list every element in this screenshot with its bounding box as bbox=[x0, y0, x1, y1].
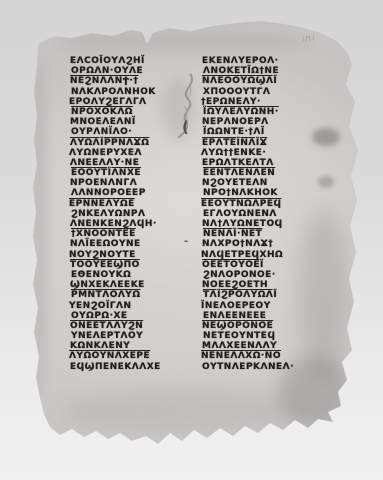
text-line: ΕΕΝΤΛΕΝΛΕΝ bbox=[203, 168, 331, 178]
text-line: ΕΛϹΟΪΟΥΛϨΗΪ bbox=[70, 56, 176, 66]
text-line: ΟΥΩΡΩ·ΧΕ bbox=[71, 311, 177, 321]
text-line: ΕΝΛΕΕΝΕΕΕ bbox=[203, 311, 331, 321]
text-line: ΪΩΩΝΤΕ·†ΛΪ bbox=[203, 127, 331, 137]
stain-bottom-margin bbox=[62, 388, 312, 434]
text-line: ϢΝΧΕΚΛΕΕΚΕ bbox=[70, 280, 176, 290]
parchment-leaf: ını ΕΛϹΟΪΟΥΛϨΗΪΟΡΩΛΝ·ΟΥΛΕΝΕϨΝΛΛΝϮ·†ΝΛΚΛΡ… bbox=[0, 0, 383, 480]
text-line: ΕΘΕΝΟΥΚΩ bbox=[71, 270, 177, 280]
text-line: ΛΥΩΟΥΝΛΧΕΡΕ bbox=[69, 351, 175, 361]
stain-left-edge bbox=[32, 60, 46, 400]
text-line: ΡΜΝΤΛΟΛΥΩ bbox=[71, 290, 177, 300]
text-line: ΕΡΟΛΥϨΕΓΛΓΛ bbox=[69, 97, 175, 107]
text-line: ΪΩΥΛΕΛΥΩΝΗ· bbox=[203, 107, 331, 117]
text-line: ΟΥΤΝΛΕΡΚΛΝΕΛ· bbox=[202, 362, 330, 372]
text-line: ΥΝΕΛΕΡΤΛΟΥ bbox=[71, 331, 177, 341]
text-line: ΛΝΕΕΛΛΥ·ΝΕ bbox=[70, 158, 176, 168]
text-line: ΝΡΟ†ΝΛΚΗΟΚ bbox=[203, 188, 331, 198]
text-line: ΛΝΕΝΚΕΝϨΛϤΗ· bbox=[70, 219, 176, 229]
text-line: ΤΛΪϨΡΟΛΥΩΛΪ bbox=[203, 290, 331, 300]
text-line: ΕΡΝΝΕΛΥΩΕ bbox=[69, 199, 175, 209]
text-line: ΝΛΧΡΟ†ΝΛϪ† bbox=[202, 239, 330, 249]
gutter-paragraph-dash: - bbox=[184, 236, 188, 247]
text-line: ΕΓΛΟΥΩΝΕΝΛ bbox=[203, 209, 331, 219]
text-line: †ΧΝΟΟΝΤΕΕ bbox=[71, 229, 177, 239]
text-line: ΝϨΟΥΕΤΕΛΝ bbox=[202, 178, 330, 188]
text-line: ΝΛΪΕΕΩΟΥΝΕ bbox=[70, 239, 176, 249]
text-line: ΕΟΟΥΤΪΛΝΧΕ bbox=[71, 168, 177, 178]
text-line: ΝΕΝΕΛΛΧΩ·ΝΟ bbox=[201, 351, 329, 361]
pencil-folio-mark: ını bbox=[301, 33, 316, 45]
text-line: ΟΥΡΛΝΪΛΟ· bbox=[71, 127, 177, 137]
text-line: ΪΝΕΛΟΕΡΕΟΥ bbox=[201, 301, 329, 311]
manuscript-photograph: ını ΕΛϹΟΪΟΥΛϨΗΪΟΡΩΛΝ·ΟΥΛΕΝΕϨΝΛΛΝϮ·†ΝΛΚΛΡ… bbox=[0, 0, 383, 480]
text-line: ΕΡΩΛΤΚΕΛΤΛ bbox=[202, 158, 330, 168]
text-line: ΝΟΕΕϨΟΕΤΗ bbox=[202, 280, 330, 290]
text-line: ΝΕϨΝΛΛΝϮ·† bbox=[70, 76, 176, 86]
text-line: ΜΝΟΕΛΕΛΝΪ bbox=[70, 117, 176, 127]
text-line: ΝΕΝΛΪ·ΝΕΤ bbox=[203, 229, 331, 239]
text-line: ΛΥΩΛΪΡΡΝΛϪΩ bbox=[70, 138, 176, 148]
text-line: ΝΕΡΛΝΟΕΡΛ bbox=[202, 117, 330, 127]
text-line: ΥΕΝϨΟΪΓΛΝ bbox=[69, 301, 175, 311]
text-line: ΟΡΩΛΝ·ΟΥΛΕ bbox=[71, 66, 177, 76]
text-line: ΝΛϤΕΤΡΕϤΧΗΩ bbox=[201, 250, 329, 260]
text-line: ΤΟΟΥΕΕϢΠΟ bbox=[70, 260, 176, 270]
text-line: ΜΛΛΧΕΕΝΛΛΥ bbox=[202, 341, 330, 351]
text-line: ΛΝΟΚΕΤΪΩ†ΝΕ bbox=[203, 66, 331, 76]
text-line: ΟΕΕΤΟΥΟΕΪ bbox=[202, 260, 330, 270]
text-line: ΕΡΛΤΕΪΝΛΪϪ bbox=[202, 138, 330, 148]
text-line: ΝΕΤΕΟΥΝΤΕϤ bbox=[203, 331, 331, 341]
text-line: ΛΥΩ††ΕΝΚΕ· bbox=[201, 148, 329, 158]
text-line: ΝΡΟΕΝΛΝΓΛ bbox=[70, 178, 176, 188]
text-line: ΛΛΝΝΟΡΟΕΕΡ bbox=[71, 188, 177, 198]
text-line: ΝΛΚΛΡΟΛΝΗΟΚ bbox=[71, 87, 177, 97]
text-line: ϨΝΛΟΡΟΝΟΕ· bbox=[203, 270, 331, 280]
text-line: ϨΝΚΕΛΥΩΝΡΛ bbox=[71, 209, 177, 219]
text-line: †ΕΡΩΝΕΛΥ· bbox=[201, 97, 329, 107]
text-line: ΝΡΟΧΟΚΛΩ bbox=[71, 107, 177, 117]
stain-top-edge bbox=[58, 32, 308, 50]
text-line: ΕΕΟΥΤΝΩΛΡΕϤ bbox=[201, 199, 329, 209]
text-line: ΕΚΕΝΛΥΕΡΟΛ· bbox=[202, 56, 330, 66]
text-column-right: ΕΚΕΝΛΥΕΡΟΛ·ΛΝΟΚΕΤΪΩ†ΝΕΝΛΕΟΟΥΩϢΛΪΧΠΟΟΟΥΤΓ… bbox=[202, 56, 330, 372]
text-line: ΝΕϢΟΡΟΝΟΕ bbox=[202, 321, 330, 331]
text-line: ΚΩΝΚΛΕΝΥ bbox=[70, 341, 176, 351]
text-line: ΝΛ†ΛΥΩΝΕΤΟϤ bbox=[202, 219, 330, 229]
text-line: ΝΟΥϨΝΟΥΤΕ bbox=[69, 250, 175, 260]
text-line: ΧΠΟΟΟΥΤΓΛ bbox=[203, 87, 331, 97]
coronis-paren-mark: ( bbox=[182, 118, 189, 136]
text-line: ΟΝΕΕΤΛΛΥϨΝ bbox=[70, 321, 176, 331]
text-column-left: ΕΛϹΟΪΟΥΛϨΗΪΟΡΩΛΝ·ΟΥΛΕΝΕϨΝΛΛΝϮ·†ΝΛΚΛΡΟΛΝΗ… bbox=[70, 56, 176, 372]
text-line: ΛΥΩΝΕΡΥΧΕΛ bbox=[69, 148, 175, 158]
text-line: ΕϤϢΠΕΝΕΚΛΛΧΕ bbox=[70, 362, 176, 372]
text-line: ΝΛΕΟΟΥΩϢΛΪ bbox=[202, 76, 330, 86]
